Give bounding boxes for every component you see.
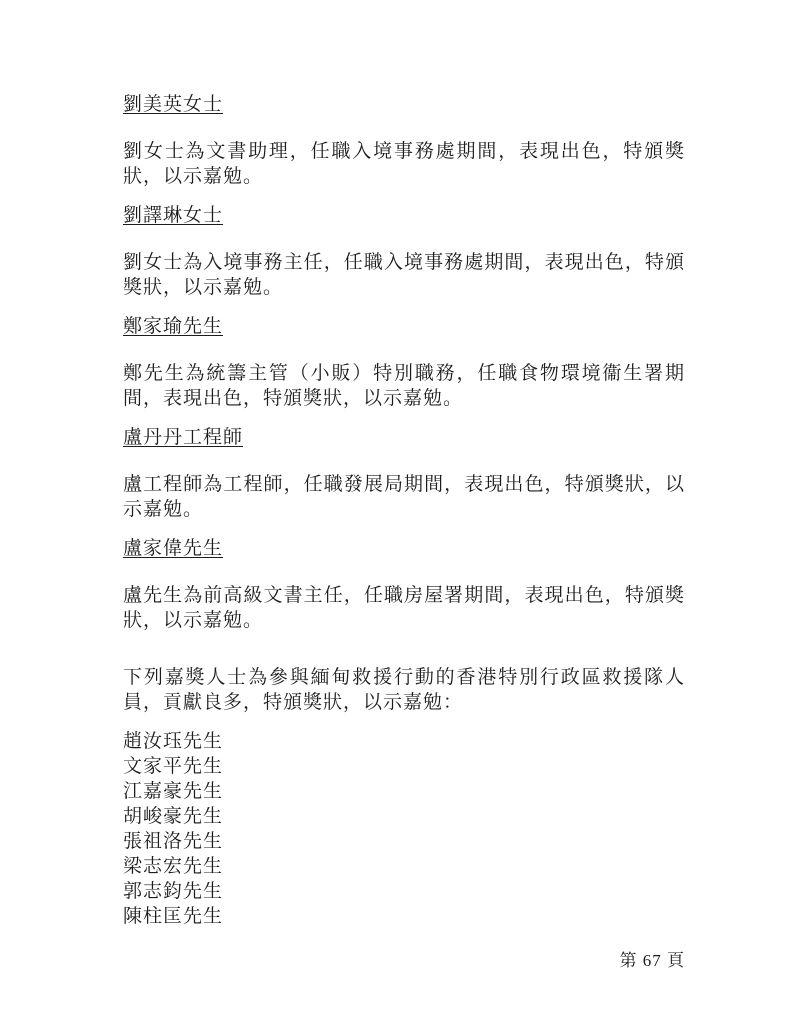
rescue-team-intro: 下列嘉獎人士為參與緬甸救援行動的香港特別行政區救援隊人員，貢獻良多，特頒獎狀，以… — [123, 665, 685, 715]
rescue-team-member: 陳柱匡先生 — [123, 904, 685, 929]
rescue-team-name-list: 趙汝珏先生 文家平先生 江嘉豪先生 胡峻豪先生 張祖洛先生 梁志宏先生 郭志鈞先… — [123, 729, 685, 929]
rescue-team-member: 江嘉豪先生 — [123, 779, 685, 804]
rescue-team-member: 張祖洛先生 — [123, 829, 685, 854]
document-body: 劉美英女士 劉女士為文書助理，任職入境事務處期間，表現出色，特頒獎狀，以示嘉勉。… — [123, 92, 685, 929]
rescue-team-member: 胡峻豪先生 — [123, 804, 685, 829]
awardee-name-heading: 盧丹丹工程師 — [123, 425, 685, 450]
award-entry: 盧丹丹工程師 盧工程師為工程師，任職發展局期間，表現出色，特頒獎狀，以示嘉勉。 — [123, 425, 685, 522]
award-citation: 劉女士為文書助理，任職入境事務處期間，表現出色，特頒獎狀，以示嘉勉。 — [123, 139, 685, 189]
rescue-team-member: 文家平先生 — [123, 754, 685, 779]
awardee-name-heading: 劉譯琳女士 — [123, 203, 685, 228]
rescue-team-member: 梁志宏先生 — [123, 854, 685, 879]
awardee-name-heading: 劉美英女士 — [123, 92, 685, 117]
page-number: 第 67 頁 — [123, 950, 685, 972]
award-citation: 盧先生為前高級文書主任，任職房屋署期間，表現出色，特頒獎狀，以示嘉勉。 — [123, 583, 685, 633]
awardee-name-heading: 盧家偉先生 — [123, 536, 685, 561]
award-citation: 鄭先生為統籌主管（小販）特別職務，任職食物環境衞生署期間，表現出色，特頒獎狀，以… — [123, 361, 685, 411]
award-citation: 劉女士為入境事務主任，任職入境事務處期間，表現出色，特頒獎狀，以示嘉勉。 — [123, 250, 685, 300]
award-citation: 盧工程師為工程師，任職發展局期間，表現出色，特頒獎狀，以示嘉勉。 — [123, 472, 685, 522]
award-entry: 劉美英女士 劉女士為文書助理，任職入境事務處期間，表現出色，特頒獎狀，以示嘉勉。 — [123, 92, 685, 189]
rescue-team-member: 郭志鈞先生 — [123, 879, 685, 904]
awardee-name-heading: 鄭家瑜先生 — [123, 314, 685, 339]
rescue-team-member: 趙汝珏先生 — [123, 729, 685, 754]
award-entry: 鄭家瑜先生 鄭先生為統籌主管（小販）特別職務，任職食物環境衞生署期間，表現出色，… — [123, 314, 685, 411]
document-page: 劉美英女士 劉女士為文書助理，任職入境事務處期間，表現出色，特頒獎狀，以示嘉勉。… — [0, 0, 791, 1024]
award-entry: 劉譯琳女士 劉女士為入境事務主任，任職入境事務處期間，表現出色，特頒獎狀，以示嘉… — [123, 203, 685, 300]
award-entry: 盧家偉先生 盧先生為前高級文書主任，任職房屋署期間，表現出色，特頒獎狀，以示嘉勉… — [123, 536, 685, 633]
